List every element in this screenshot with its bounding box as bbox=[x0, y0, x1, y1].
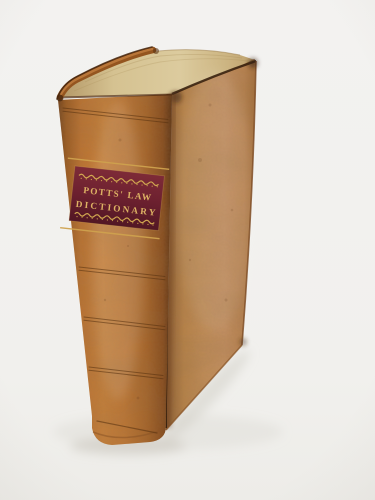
photo-canvas: POTTS' LAW DICTIONARY bbox=[0, 0, 375, 500]
vignette-overlay bbox=[0, 0, 375, 500]
book-photograph: POTTS' LAW DICTIONARY bbox=[0, 0, 375, 500]
